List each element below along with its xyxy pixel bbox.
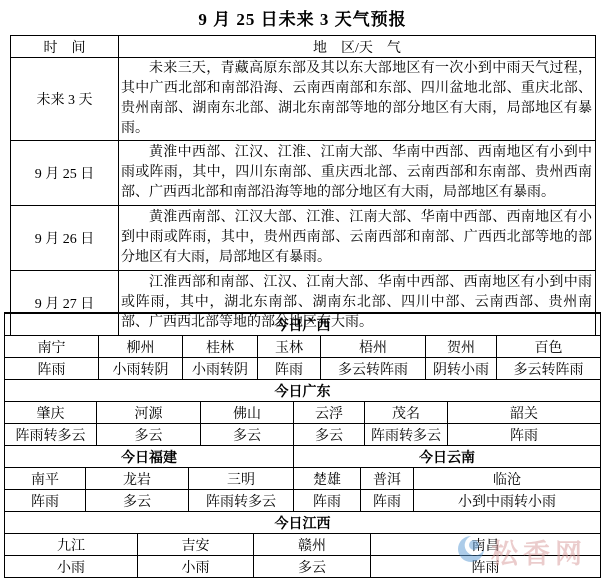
forecast-header-row: 时 间 地 区/天 气	[11, 36, 596, 58]
time-cell: 9 月 25 日	[11, 141, 119, 206]
city-cell: 南平	[5, 468, 86, 490]
detail-cell: 黄淮西南部、江汉大部、江淮、江南大部、华南中西部、西南地区有小到中雨或阵雨，其中…	[119, 206, 596, 271]
weather-report-page: 9 月 25 日未来 3 天气预报 时 间 地 区/天 气 未来 3 天 未来三…	[0, 0, 605, 580]
city-row: 九江 吉安 赣州 南昌	[5, 534, 601, 556]
weather-cell: 小雨	[5, 556, 138, 578]
weather-cell: 阵雨转多云	[189, 490, 294, 512]
weather-cell: 阵雨转多云	[365, 424, 448, 446]
detail-cell: 黄淮中西部、江汉、江淮、江南大部、华南中西部、西南地区有小到中雨或阵雨，其中，四…	[119, 141, 596, 206]
city-cell: 临沧	[414, 468, 601, 490]
weather-cell: 阵雨	[5, 358, 99, 380]
section-header-yunnan: 今日云南	[294, 446, 601, 468]
city-cell: 梧州	[321, 336, 426, 358]
guangdong-table: 今日广东 肇庆 河源 佛山 云浮 茂名 韶关 阵雨转多云 多云 多云 多云 阵雨…	[4, 379, 601, 446]
city-cell: 佛山	[201, 402, 294, 424]
weather-cell: 多云	[254, 556, 371, 578]
city-cell: 百色	[497, 336, 601, 358]
weather-row: 阵雨转多云 多云 多云 多云 阵雨转多云 阵雨	[5, 424, 601, 446]
section-header-row: 今日江西	[5, 512, 601, 534]
section-header-guangxi: 今日广西	[5, 313, 601, 336]
weather-cell: 阵雨	[371, 556, 601, 578]
weather-row: 小雨 小雨 多云 阵雨	[5, 556, 601, 578]
city-cell: 韶关	[448, 402, 601, 424]
header-region: 地 区/天 气	[119, 36, 596, 58]
section-header-guangdong: 今日广东	[5, 380, 601, 402]
time-cell: 9 月 26 日	[11, 206, 119, 271]
header-time: 时 间	[11, 36, 119, 58]
city-cell: 三明	[189, 468, 294, 490]
city-row: 肇庆 河源 佛山 云浮 茂名 韶关	[5, 402, 601, 424]
forecast-table: 时 间 地 区/天 气 未来 3 天 未来三天，青藏高原东部及其以东大部地区有一…	[10, 35, 596, 336]
section-header-jiangxi: 今日江西	[5, 512, 601, 534]
weather-cell: 多云	[201, 424, 294, 446]
weather-row: 阵雨 多云 阵雨转多云 阵雨 阵雨 小到中雨转小雨	[5, 490, 601, 512]
city-cell: 桂林	[183, 336, 258, 358]
weather-cell: 阴转小雨	[426, 358, 497, 380]
section-header-row: 今日广东	[5, 380, 601, 402]
forecast-row-sep25: 9 月 25 日 黄淮中西部、江汉、江淮、江南大部、华南中西部、西南地区有小到中…	[11, 141, 596, 206]
section-header-fujian: 今日福建	[5, 446, 294, 468]
city-cell: 南昌	[371, 534, 601, 556]
city-cell: 河源	[97, 402, 201, 424]
weather-cell: 多云	[97, 424, 201, 446]
weather-cell: 多云转阵雨	[497, 358, 601, 380]
city-cell: 柳州	[99, 336, 183, 358]
city-cell: 普洱	[361, 468, 414, 490]
weather-row: 阵雨 小雨转阴 小雨转阴 阵雨 多云转阵雨 阴转小雨 多云转阵雨	[5, 358, 601, 380]
weather-cell: 阵雨	[294, 490, 361, 512]
city-cell: 玉林	[258, 336, 321, 358]
forecast-row-next3days: 未来 3 天 未来三天，青藏高原东部及其以东大部地区有一次小到中雨天气过程，其中…	[11, 58, 596, 141]
weather-cell: 小雨	[138, 556, 254, 578]
weather-cell: 多云转阵雨	[321, 358, 426, 380]
forecast-row-sep26: 9 月 26 日 黄淮西南部、江汉大部、江淮、江南大部、华南中西部、西南地区有小…	[11, 206, 596, 271]
weather-cell: 小雨转阴	[99, 358, 183, 380]
guangxi-table: 今日广西 南宁 柳州 桂林 玉林 梧州 贺州 百色 阵雨 小雨转阴 小雨转阴 阵…	[4, 312, 601, 380]
city-cell: 肇庆	[5, 402, 97, 424]
detail-cell: 未来三天，青藏高原东部及其以东大部地区有一次小到中雨天气过程，其中广西北部和南部…	[119, 58, 596, 141]
city-cell: 龙岩	[86, 468, 189, 490]
city-cell: 茂名	[365, 402, 448, 424]
weather-cell: 阵雨转多云	[5, 424, 97, 446]
city-cell: 九江	[5, 534, 138, 556]
section-header-row: 今日广西	[5, 313, 601, 336]
city-cell: 吉安	[138, 534, 254, 556]
weather-cell: 阵雨	[448, 424, 601, 446]
city-cell: 楚雄	[294, 468, 361, 490]
weather-cell: 阵雨	[361, 490, 414, 512]
weather-cell: 小到中雨转小雨	[414, 490, 601, 512]
city-row: 南平 龙岩 三明 楚雄 普洱 临沧	[5, 468, 601, 490]
weather-cell: 小雨转阴	[183, 358, 258, 380]
weather-cell: 多云	[294, 424, 365, 446]
fujian-yunnan-table: 今日福建 今日云南 南平 龙岩 三明 楚雄 普洱 临沧 阵雨 多云 阵雨转多云 …	[4, 445, 601, 512]
city-cell: 贺州	[426, 336, 497, 358]
city-cell: 南宁	[5, 336, 99, 358]
city-cell: 赣州	[254, 534, 371, 556]
weather-cell: 阵雨	[5, 490, 86, 512]
page-title: 9 月 25 日未来 3 天气预报	[0, 5, 605, 30]
city-row: 南宁 柳州 桂林 玉林 梧州 贺州 百色	[5, 336, 601, 358]
jiangxi-table: 今日江西 九江 吉安 赣州 南昌 小雨 小雨 多云 阵雨	[4, 511, 601, 578]
weather-cell: 多云	[86, 490, 189, 512]
time-cell: 未来 3 天	[11, 58, 119, 141]
city-weather-tables: 今日广西 南宁 柳州 桂林 玉林 梧州 贺州 百色 阵雨 小雨转阴 小雨转阴 阵…	[4, 312, 601, 578]
city-cell: 云浮	[294, 402, 365, 424]
weather-cell: 阵雨	[258, 358, 321, 380]
section-header-row: 今日福建 今日云南	[5, 446, 601, 468]
